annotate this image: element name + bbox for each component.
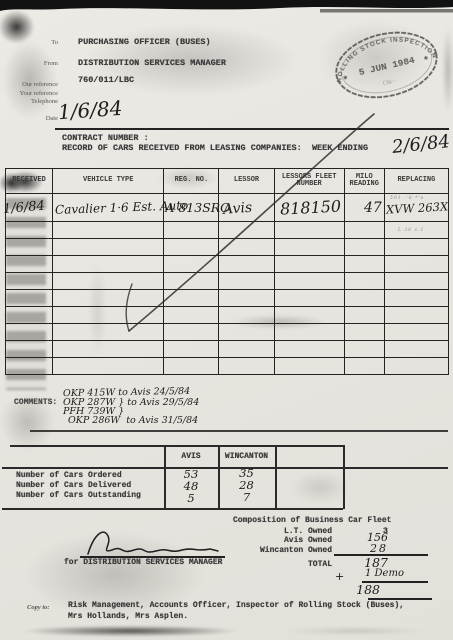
cars-received-table: RECEIVED VEHICLE TYPE REG. NO. LESSOR LE…	[5, 168, 449, 375]
pencil-note-above: 591 -'6 *'o	[390, 196, 424, 201]
summary-table-line	[275, 445, 277, 509]
copy-to-line1: Risk Management, Accounts Officer, Inspe…	[68, 601, 404, 610]
header-lessor: LESSOR	[219, 169, 274, 194]
summary-wincanton-outstanding: 7	[218, 490, 275, 504]
summary-row-label: Number of Cars Delivered	[16, 481, 131, 490]
comment-line: OKP 286W to Avis 31/5/84	[68, 415, 198, 426]
pencil-note-below: L 36 c.1	[398, 228, 424, 233]
empty-row	[6, 239, 449, 256]
contract-number-line: CONTRACT NUMBER :	[62, 133, 149, 143]
header-lessors-fleet-number: LESSORS FLEET NUMBER	[274, 169, 344, 194]
composition-demo-value: 1 Demo	[365, 568, 404, 579]
header-received: RECEIVED	[6, 169, 53, 194]
cell-received: 1/6/84	[2, 198, 52, 217]
scan-noise	[0, 624, 265, 638]
copy-to-label: Copy to:	[27, 604, 50, 611]
record-line: RECORD OF CARS RECEIVED FROM LEASING COM…	[62, 143, 368, 153]
from-value: DISTRIBUTION SERVICES MANAGER	[78, 58, 226, 68]
signature-scrawl	[84, 524, 224, 560]
letterhead-rule	[55, 128, 449, 130]
header-milo-reading: MILO READING	[344, 169, 384, 194]
date-label: Date	[10, 115, 58, 122]
cell-replacing: XVW 263X	[385, 199, 448, 216]
from-label: From	[10, 60, 58, 67]
empty-row	[6, 324, 449, 341]
telephone-label: Telephone	[0, 98, 58, 105]
our-reference-label: Our reference	[0, 81, 58, 88]
stamp-star-left: ✱	[343, 74, 350, 83]
summary-avis-outstanding: 5	[164, 491, 218, 505]
comments-underline	[30, 430, 448, 432]
composition-grand-total: 188	[330, 582, 380, 597]
empty-row	[6, 256, 449, 273]
empty-row	[6, 290, 449, 307]
summary-header-avis: AVIS	[164, 452, 218, 461]
scan-edge-artifact	[0, 0, 453, 18]
summary-header-wincanton: WINCANTON	[218, 452, 275, 461]
signature-for-line: for DISTRIBUTION SERVICES MANAGER	[64, 558, 222, 567]
cars-table-header-row: RECEIVED VEHICLE TYPE REG. NO. LESSOR LE…	[6, 169, 449, 194]
to-label: To	[10, 39, 58, 46]
scan-noise	[280, 465, 360, 510]
empty-row	[6, 307, 449, 324]
week-ending-handwritten-value: 2/6/84	[391, 131, 451, 158]
cars-table-row: 1/6/84 Cavalier 1·6 Est. Auto A 813SRO A…	[6, 194, 449, 222]
composition-title: Composition of Business Car Fleet	[233, 516, 391, 525]
header-vehicle-type: VEHICLE TYPE	[53, 169, 164, 194]
summary-table-line	[343, 445, 345, 509]
your-reference-label: Your reference	[0, 90, 58, 97]
scan-noise	[255, 626, 453, 636]
rolling-stock-inspection-stamp: ROLLING STOCK INSPECTION 5 JUN 1984 ✱ ✱ …	[315, 7, 453, 119]
header-reg-no: REG. NO.	[164, 169, 219, 194]
empty-row	[6, 358, 449, 375]
summary-table-line	[10, 445, 343, 447]
cell-fleet-number: 818150	[279, 196, 344, 218]
scanned-memo-document: To PURCHASING OFFICER (BUSES) From DISTR…	[0, 0, 453, 640]
date-handwritten-value: 1/6/84	[57, 96, 123, 124]
empty-row	[6, 222, 449, 239]
header-replacing: REPLACING	[384, 169, 448, 194]
stamp-bottom-text: Chi···	[383, 78, 399, 87]
cell-mileage: 47	[345, 200, 384, 216]
composition-grand-total-rule	[368, 598, 432, 600]
to-value: PURCHASING OFFICER (BUSES)	[78, 37, 211, 47]
scan-noise	[0, 382, 65, 462]
our-reference-value: 760/011/LBC	[78, 75, 134, 85]
empty-row	[6, 341, 449, 358]
summary-row-label: Number of Cars Ordered	[16, 471, 122, 480]
cell-vehicle-type: Cavalier 1·6 Est. Auto	[55, 199, 164, 217]
comments-label: COMMENTS:	[14, 398, 57, 407]
stamp-star-right: ✱	[423, 54, 430, 63]
summary-table-line	[2, 508, 343, 510]
stamp-date: 5 JUN 1984	[358, 55, 416, 79]
copy-to-line2: Mrs Hollands, Mrs Asplen.	[68, 612, 188, 621]
cell-lessor: Avis	[223, 198, 274, 217]
summary-row-label: Number of Cars Outstanding	[16, 491, 141, 500]
empty-row	[6, 273, 449, 290]
